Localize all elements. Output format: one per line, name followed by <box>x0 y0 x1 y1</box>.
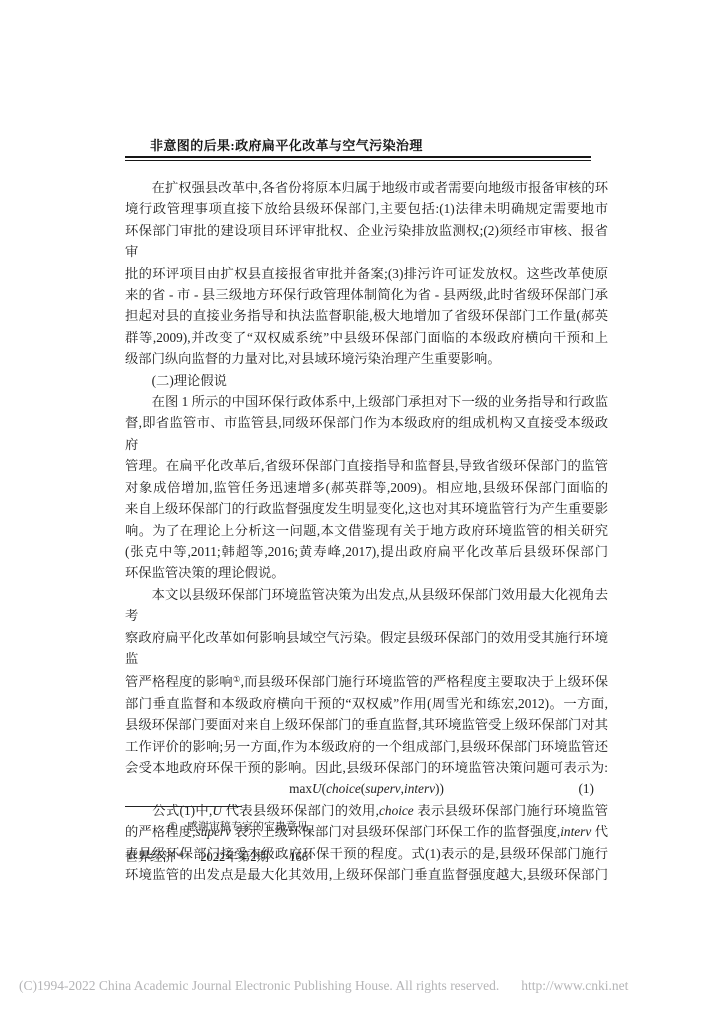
body-line: 响。为了在理论上分析这一问题,本文借鉴现有关于地方政府环境监管的相关研究 <box>125 520 608 541</box>
equation-number: (1) <box>578 778 594 799</box>
copyright-bar: (C)1994-2022 China Academic Journal Elec… <box>19 978 628 994</box>
formula: maxU(choice(superv,interv))(1) <box>125 778 608 799</box>
body-line: 环保部门审批的建设项目环评审批权、企业污染排放监测权;(2)须经市审核、报省审 <box>125 220 608 263</box>
footnote-text: 感谢审稿专家的宝贵意见。 <box>187 821 319 833</box>
text-run: 环保监管决策的理论假说。 <box>125 565 285 580</box>
body-line: 工作评价的影响;另一方面,作为本级政府的一个组成部门,县级环保部门环境监管还 <box>125 736 608 757</box>
body-line: 本文以县级环保部门环境监管决策为出发点,从县级环保部门效用最大化视角去考 <box>125 584 608 627</box>
text-run: (张克中等,2011;韩超等,2016;黄寿峰,2017),提出政府扁平化改革后… <box>125 544 608 559</box>
footnote: ①感谢审稿专家的宝贵意见。 <box>168 818 319 834</box>
text-run: 管严格程度的影响 <box>125 674 233 689</box>
header-rule <box>125 156 591 161</box>
text-run: 代表县级环保部门的效用, <box>222 803 379 818</box>
body-line: 管严格程度的影响①,而县级环保部门施行环境监管的严格程度主要取决于上级环保 <box>125 669 608 692</box>
text-run: 来的省 - 市 - 县三级地方环保行政管理体制简化为省 - 县两级,此时省级环保… <box>125 287 608 302</box>
text-run: 响。为了在理论上分析这一问题,本文借鉴现有关于地方政府环境监管的相关研究 <box>125 523 608 538</box>
text-run: 在扩权强县改革中,各省份将原本归属于地级市或者需要向地级市报备审核的环 <box>125 180 608 195</box>
body-line: 来的省 - 市 - 县三级地方环保行政管理体制简化为省 - 县两级,此时省级环保… <box>125 284 608 305</box>
text-run: 县级环保部门要面对来自上级环保部门的垂直监督,其环境监管受上级环保部门对其 <box>125 717 608 732</box>
text-run: 担起对县的直接业务指导和执法监督职能,极大地增加了省级环保部门工作量(郝英 <box>125 308 608 323</box>
text-run: choice <box>326 781 361 796</box>
text-run: 部门垂直监督和本级政府横向干预的“双权威”作用(周雪光和练宏,2012)。一方面… <box>125 696 608 711</box>
body-line: 部门垂直监督和本级政府横向干预的“双权威”作用(周雪光和练宏,2012)。一方面… <box>125 693 608 714</box>
copyright-text: (C)1994-2022 China Academic Journal Elec… <box>19 978 499 993</box>
body-line: 管理。在扁平化改革后,省级环保部门直接指导和监督县,导致省级环保部门的监管 <box>125 455 608 476</box>
text-run: max <box>289 781 312 796</box>
text-run: 工作评价的影响;另一方面,作为本级政府的一个组成部门,县级环保部门环境监管还 <box>125 739 608 754</box>
text-run: choice <box>379 803 414 818</box>
text-run: 督,即省监管市、市监管县,同级环保部门作为本级政府的组成机构又直接受本级政府 <box>125 415 608 451</box>
text-run: interv <box>560 824 591 839</box>
body-line: 在扩权强县改革中,各省份将原本归属于地级市或者需要向地级市报备审核的环 <box>125 177 608 198</box>
body-line: 察政府扁平化改革如何影响县域空气污染。假定县级环保部门的效用受其施行环境监 <box>125 627 608 670</box>
page-footer: 世界经济*2022年第2期·166· <box>125 847 312 865</box>
text-run: 对象成倍增加,监管任务迅速增多(郝英群等,2009)。相应地,县级环保部门面临的 <box>125 480 608 495</box>
text-run: interv <box>404 781 435 796</box>
text-run: 群等,2009),并改变了“双权威系统”中县级环保部门面临的本级政府横向干预和上 <box>125 330 608 345</box>
paper-page: 非意图的后果:政府扁平化改革与空气污染治理 在扩权强县改革中,各省份将原本归属于… <box>0 0 715 1009</box>
body-line: 在图 1 所示的中国环保行政体系中,上级部门承担对下一级的业务指导和行政监 <box>125 391 608 412</box>
text-run: 代 <box>591 824 608 839</box>
text-run: 环境监管的出发点是最大化其效用,上级环保部门垂直监督强度越大,县级环保部门 <box>125 867 608 882</box>
text-run: 批的环评项目由扩权县直接报省审批并备案;(3)排污许可证发放权。这些改革使原 <box>125 266 608 281</box>
text-run: 来自上级环保部门的行政监督强度发生明显变化,这也对其环境监管行为产生重要影 <box>125 501 608 516</box>
text-run: U <box>312 781 322 796</box>
body-line: 担起对县的直接业务指导和执法监督职能,极大地增加了省级环保部门工作量(郝英 <box>125 305 608 326</box>
text-run: ,而县级环保部门施行环境监管的严格程度主要取决于上级环保 <box>241 674 608 689</box>
body-line: 对象成倍增加,监管任务迅速增多(郝英群等,2009)。相应地,县级环保部门面临的 <box>125 477 608 498</box>
text-run: 会受本地政府环保干预的影响。因此,县级环保部门的环境监管决策问题可表示为: <box>125 760 608 775</box>
body-line: 批的环评项目由扩权县直接报省审批并备案;(3)排污许可证发放权。这些改革使原 <box>125 263 608 284</box>
footnote-reference: ① <box>233 674 241 684</box>
issue-label: 2022年第2期 <box>200 850 269 864</box>
footnote-marker: ① <box>168 821 178 833</box>
body-line: 环保监管决策的理论假说。 <box>125 562 608 583</box>
body-line: 级部门纵向监督的力量对比,对县域环境污染治理产生重要影响。 <box>125 348 608 369</box>
text-run: 管理。在扁平化改革后,省级环保部门直接指导和监督县,导致省级环保部门的监管 <box>125 458 608 473</box>
text-run: 境行政管理事项直接下放给县级环保部门,主要包括:(1)法律未明确规定需要地市 <box>125 201 608 216</box>
text-run: 本文以县级环保部门环境监管决策为出发点,从县级环保部门效用最大化视角去考 <box>125 587 608 623</box>
journal-star: * <box>178 850 184 864</box>
text-run: )) <box>435 781 444 796</box>
footnote-divider <box>125 806 242 807</box>
body-line: (张克中等,2011;韩超等,2016;黄寿峰,2017),提出政府扁平化改革后… <box>125 541 608 562</box>
journal-name: 世界经济 <box>125 850 175 864</box>
text-run: 级部门纵向监督的力量对比,对县域环境污染治理产生重要影响。 <box>125 351 501 366</box>
article-body: 在扩权强县改革中,各省份将原本归属于地级市或者需要向地级市报备审核的环境行政管理… <box>125 177 608 885</box>
copyright-url: http://www.cnki.net <box>521 978 628 993</box>
text-run: 察政府扁平化改革如何影响县域空气污染。假定县级环保部门的效用受其施行环境监 <box>125 630 608 666</box>
body-line: 境行政管理事项直接下放给县级环保部门,主要包括:(1)法律未明确规定需要地市 <box>125 198 608 219</box>
text-run: 环保部门审批的建设项目环评审批权、企业污染排放监测权;(2)须经市审核、报省审 <box>125 223 608 259</box>
text-run: superv <box>365 781 400 796</box>
running-title: 非意图的后果:政府扁平化改革与空气污染治理 <box>150 135 423 154</box>
body-line: 县级环保部门要面对来自上级环保部门的垂直监督,其环境监管受上级环保部门对其 <box>125 714 608 735</box>
body-line: 来自上级环保部门的行政监督强度发生明显变化,这也对其环境监管行为产生重要影 <box>125 498 608 519</box>
text-run: 表示县级环保部门施行环境监管 <box>414 803 608 818</box>
body-line: 会受本地政府环保干预的影响。因此,县级环保部门的环境监管决策问题可表示为: <box>125 757 608 778</box>
body-line: 督,即省监管市、市监管县,同级环保部门作为本级政府的组成机构又直接受本级政府 <box>125 412 608 455</box>
formula-expression: maxU(choice(superv,interv)) <box>289 781 444 796</box>
text-run: 在图 1 所示的中国环保行政体系中,上级部门承担对下一级的业务指导和行政监 <box>125 394 608 409</box>
page-number: ·166· <box>285 850 312 864</box>
section-heading: (二)理论假说 <box>125 370 608 391</box>
body-line: 群等,2009),并改变了“双权威系统”中县级环保部门面临的本级政府横向干预和上 <box>125 327 608 348</box>
body-line: 环境监管的出发点是最大化其效用,上级环保部门垂直监督强度越大,县级环保部门 <box>125 864 608 885</box>
